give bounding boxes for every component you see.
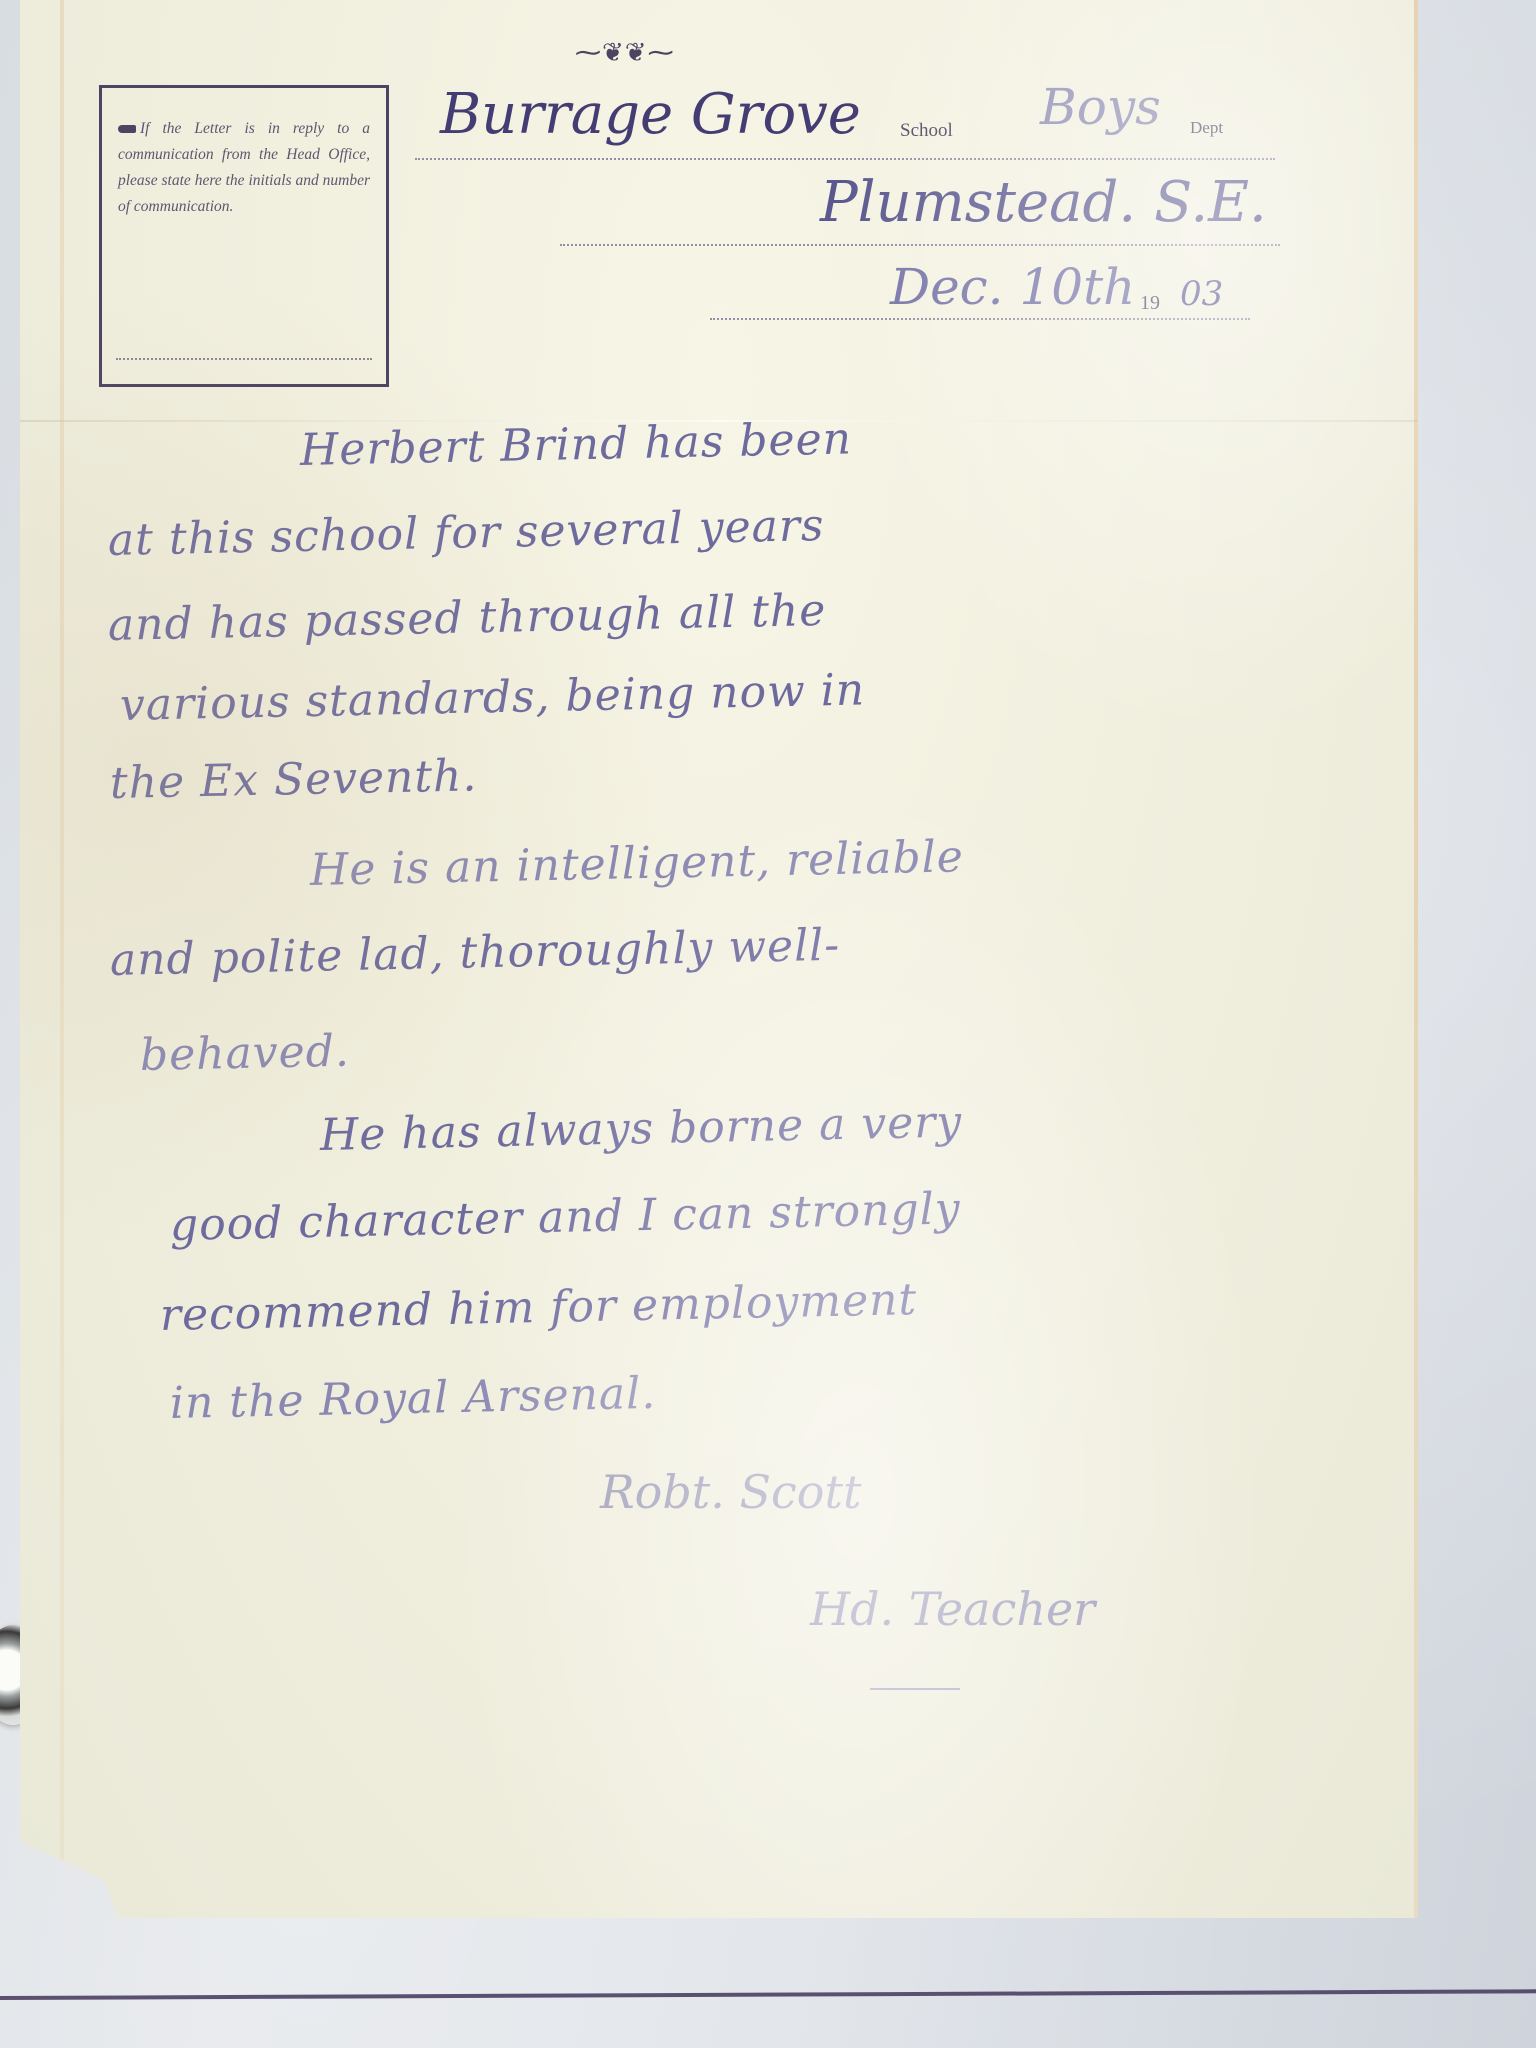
body-line: He has always borne a very (319, 1097, 962, 1161)
year-suffix: 03 (1180, 274, 1223, 314)
school-name: Burrage Grove (440, 82, 861, 147)
pointing-hand-icon (118, 125, 136, 133)
date-line (710, 318, 1250, 320)
letterhead-ornament-icon: ⁓❦❦⁓ (575, 38, 675, 68)
edge-stain (60, 0, 64, 1918)
department-name: Boys (1040, 78, 1161, 136)
body-line: recommend him for employment (159, 1274, 917, 1341)
reference-box-text: If the Letter is in reply to a communica… (118, 120, 370, 215)
signature-underline (870, 1688, 960, 1690)
body-line: various standards, being now in (119, 664, 865, 731)
body-line: Herbert Brind has been (299, 413, 852, 476)
department-label: Dept (1190, 118, 1223, 138)
body-line: in the Royal Arsenal. (169, 1368, 656, 1429)
signature-title: Hd. Teacher (810, 1582, 1095, 1636)
letter-sheet: ⁓❦❦⁓ If the Letter is in reply to a comm… (20, 0, 1418, 1918)
school-label: School (900, 120, 953, 142)
body-line: and polite lad, thoroughly well- (109, 920, 840, 986)
body-line: behaved. (139, 1026, 350, 1081)
body-line: He is an intelligent, reliable (309, 831, 964, 896)
reference-box: If the Letter is in reply to a communica… (99, 85, 389, 387)
reference-fill-line (116, 358, 372, 360)
body-line: and has passed through all the (107, 585, 826, 651)
signature-name: Robt. Scott (600, 1465, 861, 1519)
address: Plumstead. S.E. (820, 170, 1267, 235)
body-line: good character and I can strongly (169, 1183, 961, 1251)
school-name-line (415, 158, 1275, 160)
address-line (560, 244, 1280, 246)
edge-stain (1414, 0, 1418, 1918)
body-line: at this school for several years (107, 500, 824, 566)
date-handwritten: Dec. 10th (890, 258, 1135, 316)
year-prefix: 19 (1140, 292, 1160, 315)
body-line: the Ex Seventh. (109, 750, 477, 809)
